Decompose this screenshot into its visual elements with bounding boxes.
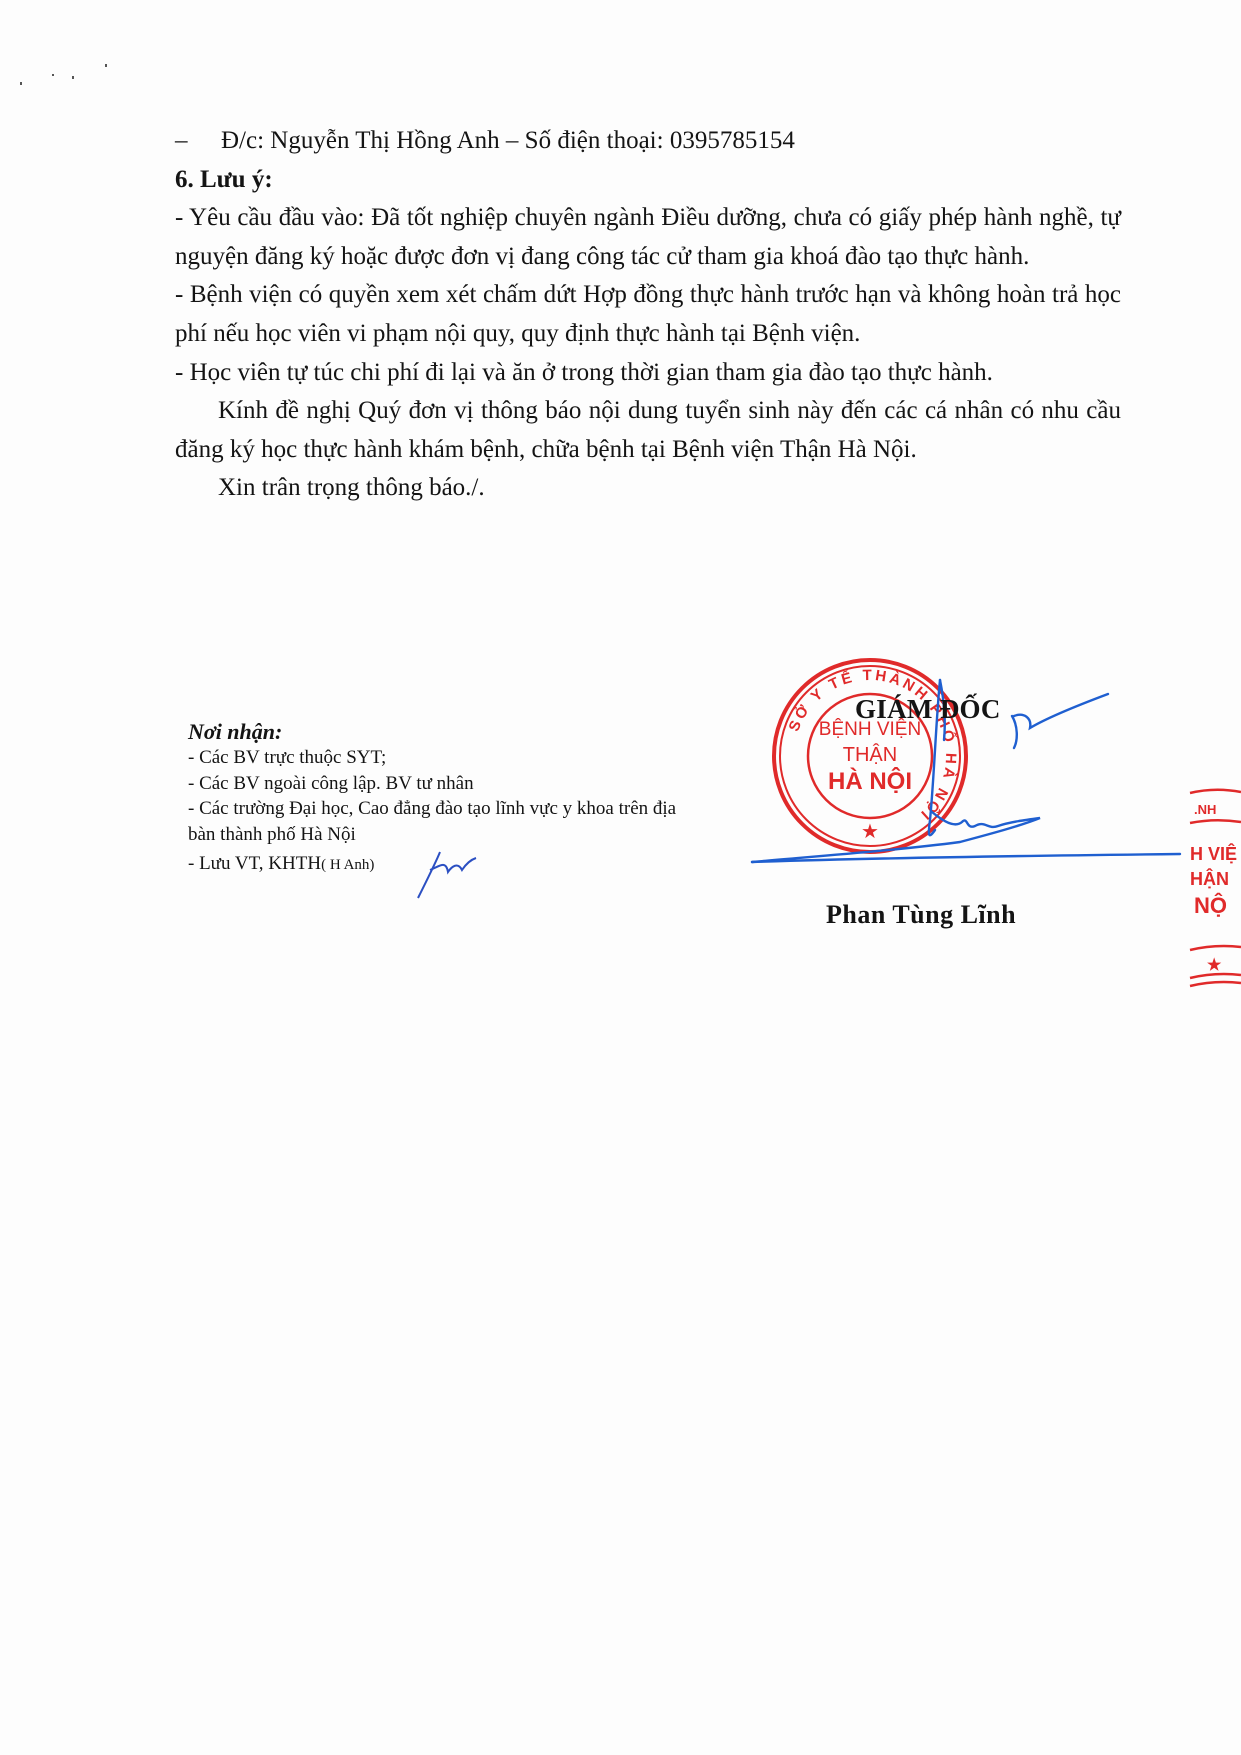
- recipients-title: Nơi nhận:: [188, 718, 708, 745]
- svg-text:HÀ NỘI: HÀ NỘI: [828, 767, 912, 795]
- hospital-stamp: [774, 660, 966, 852]
- svg-text:★: ★: [1207, 957, 1222, 974]
- svg-text:THẬN: THẬN: [843, 743, 897, 766]
- recipient-item: - Các BV trực thuộc SYT;: [188, 745, 708, 771]
- contact-text: Đ/c: Nguyễn Thị Hồng Anh – Số điện thoại…: [221, 127, 795, 154]
- archive-note: ( H Anh): [321, 857, 374, 873]
- document-body: –Đ/c: Nguyễn Thị Hồng Anh – Số điện thoạ…: [175, 122, 1121, 508]
- request-paragraph: Kính đề nghị Quý đơn vị thông báo nội du…: [175, 392, 1121, 469]
- note-contract-termination: - Bệnh viện có quyền xem xét chấm dứt Hợ…: [175, 276, 1121, 353]
- closing-line: Xin trân trọng thông báo./.: [175, 469, 1121, 508]
- contact-line: –Đ/c: Nguyễn Thị Hồng Anh – Số điện thoạ…: [175, 122, 1121, 161]
- archive-line: - Lưu VT, KHTH( H Anh): [188, 851, 708, 879]
- document-page: –Đ/c: Nguyễn Thị Hồng Anh – Số điện thoạ…: [0, 0, 1241, 1755]
- archive-text: - Lưu VT, KHTH: [188, 853, 321, 874]
- signer-name: Phan Tùng Lĩnh: [826, 900, 1016, 930]
- note-entry-requirements: - Yêu cầu đầu vào: Đã tốt nghiệp chuyên …: [175, 199, 1121, 276]
- svg-text:.NH: .NH: [1194, 802, 1216, 817]
- contact-dash: –: [175, 122, 221, 161]
- svg-text:H VIỆ: H VIỆ: [1190, 843, 1237, 864]
- signer-title: GIÁM ĐỐC: [855, 694, 1001, 725]
- svg-text:HẬN: HẬN: [1190, 868, 1229, 889]
- svg-text:SỞ Y TẾ THÀNH PHỐ HÀ NỘI: SỞ Y TẾ THÀNH PHỐ HÀ NỘI: [785, 667, 959, 825]
- section-heading: 6. Lưu ý:: [175, 161, 1121, 200]
- recipient-item: - Các trường Đại học, Cao đẳng đào tạo l…: [188, 796, 708, 847]
- recipients-block: Nơi nhận: - Các BV trực thuộc SYT; - Các…: [188, 718, 708, 879]
- recipient-item: - Các BV ngoài công lập. BV tư nhân: [188, 771, 708, 797]
- edge-stamp-fragment: [1190, 790, 1241, 986]
- svg-text:★: ★: [861, 821, 879, 843]
- svg-text:NỘ: NỘ: [1194, 893, 1227, 918]
- note-self-funded-costs: - Học viên tự túc chi phí đi lại và ăn ở…: [175, 354, 1121, 393]
